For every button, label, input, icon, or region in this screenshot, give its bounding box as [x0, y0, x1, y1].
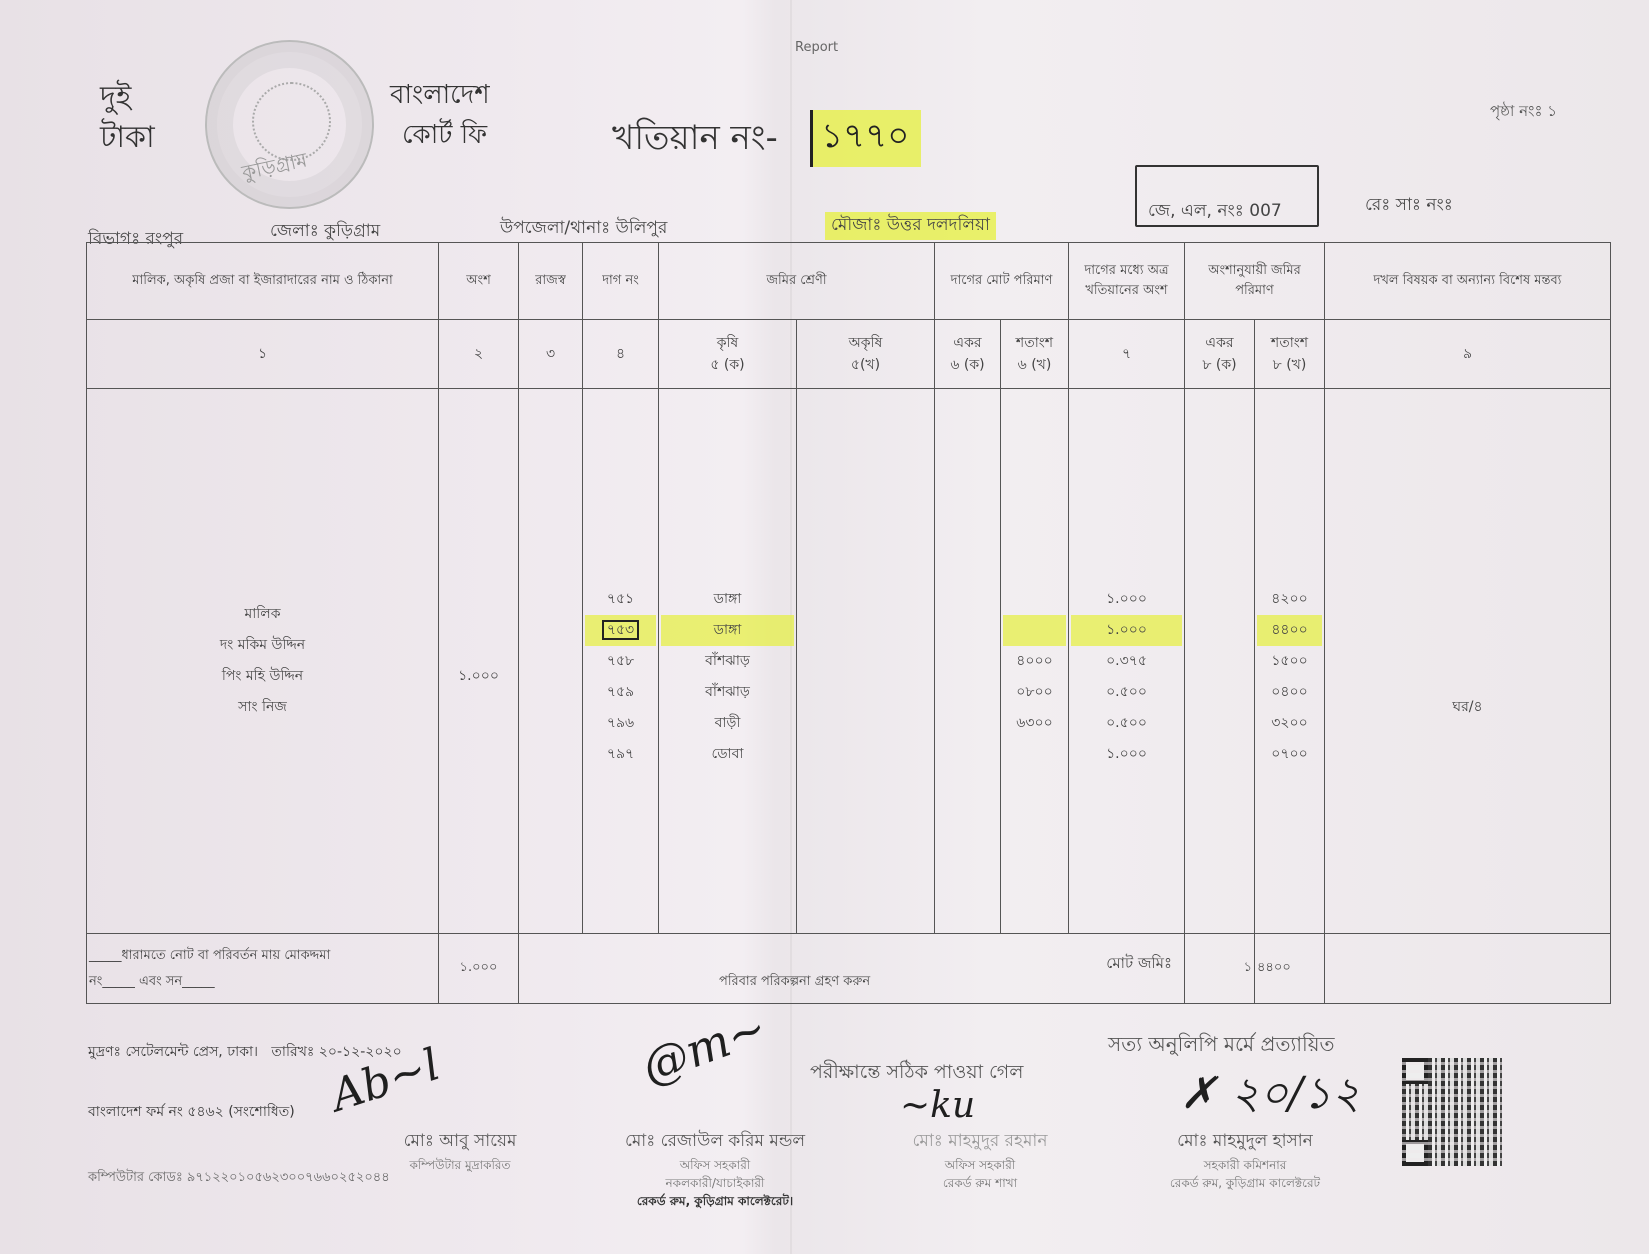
owner-name: দং মকিম উদ্দিন	[89, 630, 436, 661]
dag-number: ৭৯৭	[585, 739, 656, 770]
okrishi-column	[797, 389, 935, 934]
report-label: Report	[795, 40, 838, 55]
area-shotangsho: ৪৪০০	[1257, 615, 1322, 646]
header-dag-total: দাগের মোট পরিমাণ	[935, 243, 1069, 320]
dag-total-shotangsho: ৪০০০	[1003, 646, 1066, 677]
area-shotangsho: ৩২০০	[1257, 708, 1322, 739]
header-remarks: দখল বিষয়ক বা অন্যান্য বিশেষ মন্তব্য	[1325, 243, 1611, 320]
total-shotangsho: ৪৪০০	[1255, 934, 1325, 1004]
qr-code-icon	[1402, 1058, 1502, 1166]
header-revenue: রাজস্ব	[519, 243, 583, 320]
land-class: বাঁশঝাড়	[661, 646, 794, 677]
signature-4: ✗ ২০/১২	[1180, 1060, 1360, 1133]
header-khatian-share: দাগের মধ্যে অত্র খতিয়ানের অংশ	[1069, 243, 1185, 320]
upazila: উপজেলা/থানাঃ উলিপুর	[500, 215, 667, 243]
land-class: বাঁশঝাড়	[661, 677, 794, 708]
khatian-share: ০.৩৭৫	[1071, 646, 1182, 677]
khatian-share: ০.৫০০	[1071, 677, 1182, 708]
owner-father: পিং মহি উদ্দিন	[89, 661, 436, 692]
official-3: মোঃ মাহমুদুর রহমানঅফিস সহকারীরেকর্ড রুম …	[870, 1128, 1090, 1192]
footer-share-total: ১.০০০	[439, 934, 519, 1004]
land-class: ডোবা	[661, 739, 794, 770]
dag-number: ৭৫১	[585, 584, 656, 615]
header-share-area: অংশানুযায়ী জমির পরিমাণ	[1185, 243, 1325, 320]
area-acre-column	[1185, 389, 1255, 934]
stamp-title-line1: বাংলাদেশ	[390, 75, 490, 115]
stamp-value: দুই টাকা	[100, 78, 155, 158]
stamp-title: বাংলাদেশ কোর্ট ফি	[390, 75, 490, 155]
stamp-title-line2: কোর্ট ফি	[390, 115, 490, 155]
subheader-3: ৩	[519, 320, 583, 389]
header-land-class: জমির শ্রেণী	[659, 243, 935, 320]
dag-total-shotangsho: ০৮০০	[1003, 677, 1066, 708]
area-shotangsho-column: ৪২০০৪৪০০১৫০০০৪০০৩২০০০৭০০	[1255, 389, 1325, 934]
subheader-1: ১	[87, 320, 439, 389]
stamp-value-line1: দুই	[100, 78, 155, 118]
owner-address: সাং নিজ	[89, 692, 436, 723]
subheader-2: ২	[439, 320, 519, 389]
header-share: অংশ	[439, 243, 519, 320]
subheader-9: ৯	[1325, 320, 1611, 389]
subheader-shotangsho2: শতাংশ৮ (খ)	[1255, 320, 1325, 389]
dag-number: ৭৫৩	[585, 615, 656, 646]
court-fee-seal-icon: কুড়িগ্রাম	[205, 40, 374, 209]
area-shotangsho: ৪২০০	[1257, 584, 1322, 615]
signature-2: @m~	[635, 1000, 774, 1095]
khatian-document: Report দুই টাকা কুড়িগ্রাম বাংলাদেশ কোর্…	[0, 0, 1649, 1254]
family-planning-note: পরিবার পরিকল্পনা গ্রহণ করুন	[719, 972, 870, 993]
revenue-cell	[519, 389, 583, 934]
page-number: পৃষ্ঠা নংঃ ১	[1490, 100, 1557, 125]
land-class: ডাঙ্গা	[661, 584, 794, 615]
dag-total-shotangsho-column: ৪০০০০৮০০৬৩০০	[1001, 389, 1069, 934]
land-class: ডাঙ্গা	[661, 615, 794, 646]
khatian-share: ০.৫০০	[1071, 708, 1182, 739]
khatian-share-column: ১.০০০১.০০০০.৩৭৫০.৫০০০.৫০০১.০০০	[1069, 389, 1185, 934]
signature-3: ~ku	[900, 1085, 975, 1126]
dag-column: ৭৫১৭৫৩৭৫৮৭৫৯৭৯৬৭৯৭	[583, 389, 659, 934]
reg-number: রেঃ সাঃ নংঃ	[1365, 192, 1453, 220]
acre-column	[935, 389, 1001, 934]
computer-code: কম্পিউটার কোডঃ ৯৭১২২০১০৫৬২৩০০৭৬৬০২৫২০৪৪	[88, 1168, 390, 1189]
mouza: মৌজাঃ উত্তর দলদলিয়া	[825, 212, 996, 240]
certified-text: সত্য অনুলিপি মর্মে প্রত্যায়িত	[1108, 1030, 1335, 1063]
dag-total-shotangsho: ৬৩০০	[1003, 708, 1066, 739]
area-shotangsho: ১৫০০	[1257, 646, 1322, 677]
header-owner: মালিক, অকৃষি প্রজা বা ইজারাদারের নাম ও ঠ…	[87, 243, 439, 320]
printer-info: মুদ্রণঃ সেটেলমেন্ট প্রেস, ঢাকা। তারিখঃ ২…	[88, 1040, 402, 1064]
total-acre: ১	[1185, 934, 1255, 1004]
khatian-share: ১.০০০	[1071, 584, 1182, 615]
khatian-share: ১.০০০	[1071, 739, 1182, 770]
owner-cell: মালিক দং মকিম উদ্দিন পিং মহি উদ্দিন সাং …	[87, 389, 439, 934]
official-1: মোঃ আবু সায়েমকম্পিউটার মুদ্রাকরিত	[350, 1128, 570, 1174]
stamp-value-line2: টাকা	[100, 118, 155, 158]
area-shotangsho: ০৭০০	[1257, 739, 1322, 770]
footer-remarks	[1325, 934, 1611, 1004]
seal-city: কুড়িগ্রাম	[239, 146, 310, 192]
khatian-table: মালিক, অকৃষি প্রজা বা ইজারাদারের নাম ও ঠ…	[86, 242, 1611, 1004]
owner-label: মালিক	[89, 599, 436, 630]
area-shotangsho: ০৪০০	[1257, 677, 1322, 708]
land-class: বাড়ী	[661, 708, 794, 739]
form-number: বাংলাদেশ ফর্ম নং ৫৪৬২ (সংশোধিত)	[88, 1100, 295, 1124]
subheader-shotangsho: শতাংশ৬ (খ)	[1001, 320, 1069, 389]
header-dag: দাগ নং	[583, 243, 659, 320]
footer-note: _____ধারামতে নোট বা পরিবর্তন মায় মোকদ্দ…	[87, 934, 439, 1004]
subheader-krishi: কৃষি৫ (ক)	[659, 320, 797, 389]
jl-number: জে, এল, নংঃ 007	[1148, 198, 1282, 226]
owner-share: ১.০০০	[441, 661, 516, 692]
khatian-share: ১.০০০	[1071, 615, 1182, 646]
dag-number: ৭৫৯	[585, 677, 656, 708]
share-cell: ১.০০০	[439, 389, 519, 934]
khatian-label: খতিয়ান নং-	[612, 112, 778, 169]
subheader-4: ৪	[583, 320, 659, 389]
dag-total-shotangsho	[1003, 739, 1066, 770]
footer-middle: পরিবার পরিকল্পনা গ্রহণ করুন মোট জমিঃ	[519, 934, 1185, 1004]
subheader-7: ৭	[1069, 320, 1185, 389]
subheader-okrishi: অকৃষি৫(খ)	[797, 320, 935, 389]
land-class-column: ডাঙ্গাডাঙ্গাবাঁশঝাড়বাঁশঝাড়বাড়ীডোবা	[659, 389, 797, 934]
official-4: মোঃ মাহমুদুল হাসানসহকারী কমিশনাররেকর্ড র…	[1120, 1128, 1370, 1192]
dag-number: ৭৯৬	[585, 708, 656, 739]
khatian-number: ১৭৭০	[810, 110, 921, 167]
subheader-acre: একর৬ (ক)	[935, 320, 1001, 389]
dag-number: ৭৫৮	[585, 646, 656, 677]
subheader-acre2: একর৮ (ক)	[1185, 320, 1255, 389]
remark-text: ঘর/৪	[1327, 692, 1608, 723]
dag-total-shotangsho	[1003, 615, 1066, 646]
dag-total-shotangsho	[1003, 584, 1066, 615]
remarks-column: ঘর/৪	[1325, 389, 1611, 934]
official-2: মোঃ রেজাউল করিম মন্ডলঅফিস সহকারীনকলকারী/…	[585, 1128, 845, 1210]
total-land-label: মোট জমিঃ	[1106, 952, 1172, 977]
